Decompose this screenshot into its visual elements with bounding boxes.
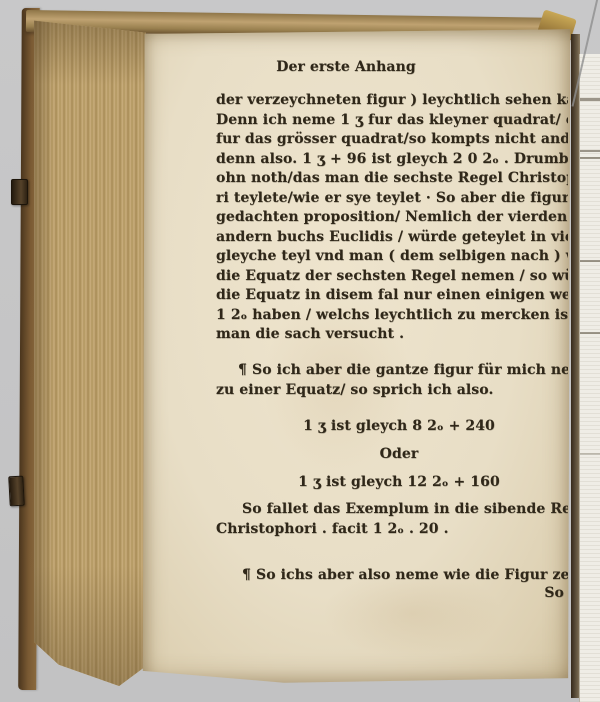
paragraph-3: So fallet das Exemplum in die sibende Re… (216, 500, 568, 539)
text-line: man die sach versucht . (216, 325, 568, 345)
page-edge-rule (580, 332, 600, 334)
text-line: die Equatz in disem fal nur einen einige… (216, 286, 568, 306)
text-line: Christophori . facit 1 2ₒ . 20 . (216, 520, 568, 540)
text-line: fur das grösser quadrat/so kompts nicht … (216, 130, 568, 150)
page-edge-rule (580, 98, 600, 101)
text-line: Denn ich neme 1 ʒ fur das kleyner quadra… (216, 111, 568, 131)
equation-1: 1 ʒ ist gleych 8 2ₒ + 240 (216, 417, 568, 437)
paragraph-4: ¶ So ichs aber also neme wie die Figur z… (216, 566, 568, 586)
page-block-fore-edge (34, 18, 146, 686)
text-line: So fallet das Exemplum in die sibende Re… (216, 500, 568, 520)
oder-separator: Oder (216, 445, 568, 465)
clasp-fitting-bottom (8, 476, 25, 507)
text-line: der verzeychneten figur ) leychtlich seh… (216, 91, 568, 111)
text-line: gedachten proposition/ Nemlich der vierd… (216, 208, 568, 228)
text-line: denn also. 1 ʒ + 96 ist gleych 2 0 2ₒ . … (216, 150, 568, 170)
facing-page-block-edge (579, 54, 600, 702)
equation-2: 1 ʒ ist gleych 12 2ₒ + 160 (216, 473, 568, 493)
text-line: 1 2ₒ haben / welchs leychtlich zu mercke… (216, 306, 568, 326)
text-line: zu einer Equatz/ so sprich ich also. (216, 381, 568, 401)
text-line: andern buchs Euclidis / würde geteylet i… (216, 228, 568, 248)
running-header: Der erste Anhang (134, 58, 558, 78)
paragraph-2: ¶ So ich aber die gantze figur für mich … (216, 361, 568, 400)
text-line: ¶ So ichs aber also neme wie die Figur z… (216, 566, 568, 586)
paragraph-1: der verzeychneten figur ) leychtlich seh… (216, 91, 568, 345)
photo-background: Der erste Anhang der verzeychneten figur… (0, 0, 600, 702)
open-page: Der erste Anhang der verzeychneten figur… (142, 28, 572, 684)
text-line: die Equatz der sechsten Regel nemen / so… (216, 267, 568, 287)
text-line: ohn noth/das man die sechste Regel Chris… (216, 169, 568, 189)
page-edge-rule (580, 150, 600, 152)
clasp-fitting-top (11, 179, 28, 205)
page-edge-rule (580, 260, 600, 262)
text-line: gleyche teyl vnd man ( dem selbigen nach… (216, 247, 568, 267)
page-edge-rule (580, 453, 600, 455)
text-line: ri teylete/wie er sye teylet · So aber d… (216, 189, 568, 209)
text-line: ¶ So ich aber die gantze figur für mich … (216, 361, 568, 381)
catchword: So (216, 584, 568, 604)
page-edge-rule (580, 157, 600, 159)
